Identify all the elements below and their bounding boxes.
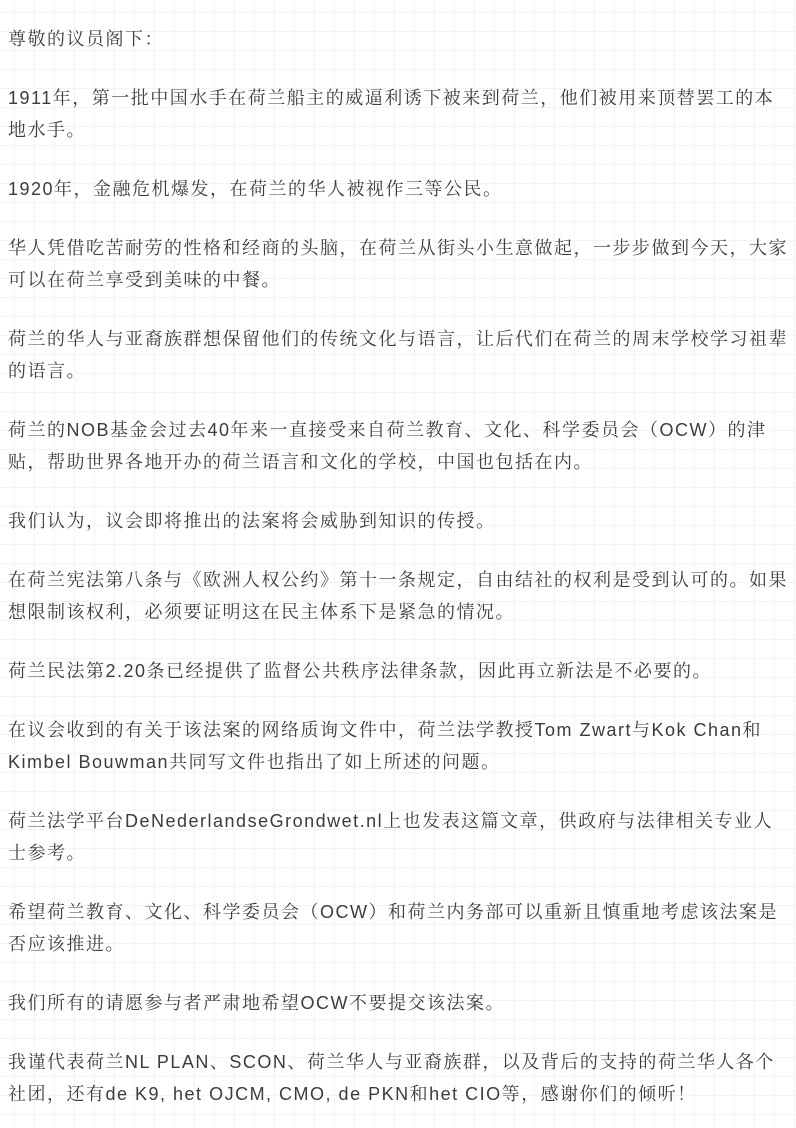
letter-paragraph: 1911年，第一批中国水手在荷兰船主的威逼利诱下被来到荷兰，他们被用来顶替罢工的… <box>8 82 788 146</box>
letter-paragraph: 荷兰法学平台DeNederlandseGrondwet.nl上也发表这篇文章，供… <box>8 805 788 869</box>
letter-closing-paragraph: 我谨代表荷兰NL PLAN、SCON、荷兰华人与亚裔族群，以及背后的支持的荷兰华… <box>8 1046 788 1110</box>
letter-paragraph: 荷兰的NOB基金会过去40年来一直接受来自荷兰教育、文化、科学委员会（OCW）的… <box>8 414 788 478</box>
letter-paragraph: 我们所有的请愿参与者严肃地希望OCW不要提交该法案。 <box>8 987 788 1019</box>
letter-paragraph: 荷兰的华人与亚裔族群想保留他们的传统文化与语言，让后代们在荷兰的周末学校学习祖辈… <box>8 323 788 387</box>
letter-paragraph: 希望荷兰教育、文化、科学委员会（OCW）和荷兰内务部可以重新且慎重地考虑该法案是… <box>8 896 788 960</box>
letter-paragraph: 荷兰民法第2.20条已经提供了监督公共秩序法律条款，因此再立新法是不必要的。 <box>8 655 788 687</box>
letter-paragraph: 在荷兰宪法第八条与《欧洲人权公约》第十一条规定，自由结社的权利是受到认可的。如果… <box>8 564 788 628</box>
letter-salutation: 尊敬的议员阁下： <box>8 23 788 55</box>
petition-letter-body: 尊敬的议员阁下： 1911年，第一批中国水手在荷兰船主的威逼利诱下被来到荷兰，他… <box>0 0 796 1128</box>
letter-paragraph: 1920年，金融危机爆发，在荷兰的华人被视作三等公民。 <box>8 173 788 205</box>
petition-letter-page: { "page": { "kind": "petition-letter", "… <box>0 0 796 1128</box>
letter-paragraph: 在议会收到的有关于该法案的网络质询文件中，荷兰法学教授Tom Zwart与Kok… <box>8 714 788 778</box>
letter-paragraph: 我们认为，议会即将推出的法案将会威胁到知识的传授。 <box>8 505 788 537</box>
letter-paragraph: 华人凭借吃苦耐劳的性格和经商的头脑，在荷兰从街头小生意做起，一步步做到今天，大家… <box>8 232 788 296</box>
